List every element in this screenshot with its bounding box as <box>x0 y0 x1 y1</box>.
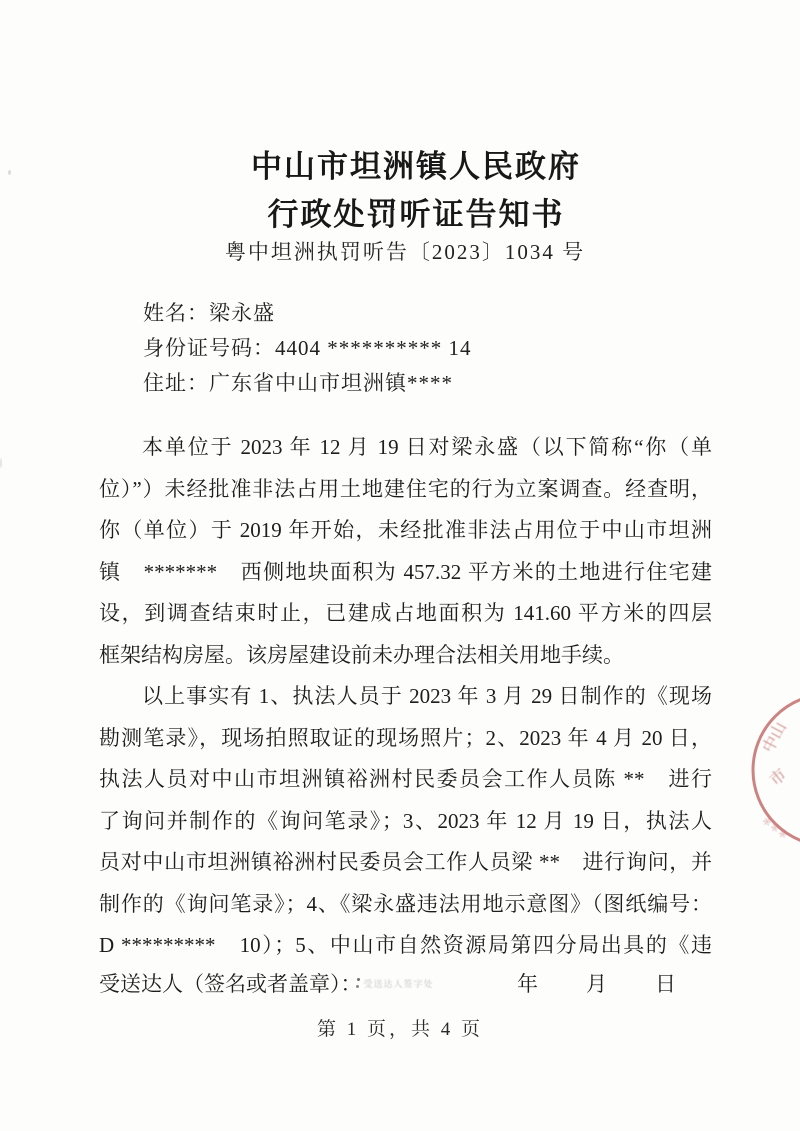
body-text-line: 了询问并制作的《询问笔录》；3、2023 年 12 月 19 日，执法人 <box>99 801 712 843</box>
address-label: 住址： <box>143 371 209 395</box>
body-text-line: 你（单位）于 2019 年开始，未经批准非法占用位于中山市坦洲 <box>99 510 712 552</box>
seal-stars: ＊＊＊ <box>759 815 789 842</box>
body-text-line: 以上事实有 1、执法人员于 2023 年 3 月 29 日制作的《现场 <box>99 676 712 718</box>
body-text-line: D ********* 10）；5、中山市自然资源局第四分局出具的《违 <box>99 925 712 967</box>
seal-glyphs-upper: 中山 <box>759 719 790 756</box>
body-text-line: 镇 ******* 西侧地块面积为 457.32 平方米的土地进行住宅建 <box>99 552 712 594</box>
recipient-address-row: 住址：广东省中山市坦洲镇**** <box>143 366 472 401</box>
document-title-line1: 中山市坦洲镇人民政府 <box>0 141 800 186</box>
address-value: 广东省中山市坦洲镇**** <box>209 371 453 395</box>
name-value: 梁永盛 <box>209 301 275 325</box>
name-label: 姓名： <box>143 301 209 325</box>
document-number: 粤中坦洲执罚听告〔2023〕1034 号 <box>0 236 800 266</box>
faint-overlay-text: 受送达人签字处 <box>364 969 434 999</box>
scan-speck <box>356 985 359 988</box>
scan-speck <box>357 978 360 981</box>
recipient-info: 姓名：梁永盛 身份证号码：4404 ********** 14 住址：广东省中山… <box>143 296 472 401</box>
body-text-line: 勘测笔录》，现场拍照取证的现场照片；2、2023 年 4 月 20 日， <box>99 718 712 760</box>
body-text-line: 本单位于 2023 年 12 月 19 日对梁永盛（以下简称“你（单 <box>99 427 712 469</box>
recipient-id-row: 身份证号码：4404 ********** 14 <box>143 331 472 366</box>
signature-line: 受送达人（签名或者盖章）： 受送达人签字处 年 月 日 <box>99 969 712 999</box>
body-text-line: 位）”）未经批准非法占用土地建住宅的行为立案调查。经查明， <box>99 469 712 511</box>
signature-label: 受送达人（签名或者盖章）： <box>99 969 362 999</box>
recipient-name-row: 姓名：梁永盛 <box>143 296 472 331</box>
body-text-line: 框架结构房屋。该房屋建设前未办理合法相关用地手续。 <box>99 635 712 677</box>
body-text-line: 设，到调查结束时止，已建成占地面积为 141.60 平方米的四层 <box>99 593 712 635</box>
scan-speck <box>0 458 2 468</box>
document-page: 中山市坦洲镇人民政府 行政处罚听证告知书 粤中坦洲执罚听告〔2023〕1034 … <box>0 0 800 1131</box>
document-title-line2: 行政处罚听证告知书 <box>0 189 800 234</box>
page-number: 第 1 页，共 4 页 <box>0 1014 800 1041</box>
body-text-line: 员对中山市坦洲镇裕洲村民委员会工作人员梁 ** 进行询问，并 <box>99 842 712 884</box>
seal-ring <box>753 694 800 846</box>
date-blanks: 年 月 日 <box>517 969 712 999</box>
seal-glyphs-lower: 市 <box>766 765 790 789</box>
id-label: 身份证号码： <box>143 336 275 360</box>
body-text-line: 执法人员对中山市坦洲镇裕洲村民委员会工作人员陈 ** 进行 <box>99 759 712 801</box>
body-text-line: 制作的《询问笔录》；4、《梁永盛违法用地示意图》（图纸编号： <box>99 884 712 926</box>
body-text: 本单位于 2023 年 12 月 19 日对梁永盛（以下简称“你（单位）”）未经… <box>99 427 712 967</box>
official-seal-partial-icon: 中山 市 ＊＊＊ <box>748 688 800 852</box>
scan-speck <box>8 170 11 175</box>
id-value: 4404 ********** 14 <box>275 336 472 360</box>
